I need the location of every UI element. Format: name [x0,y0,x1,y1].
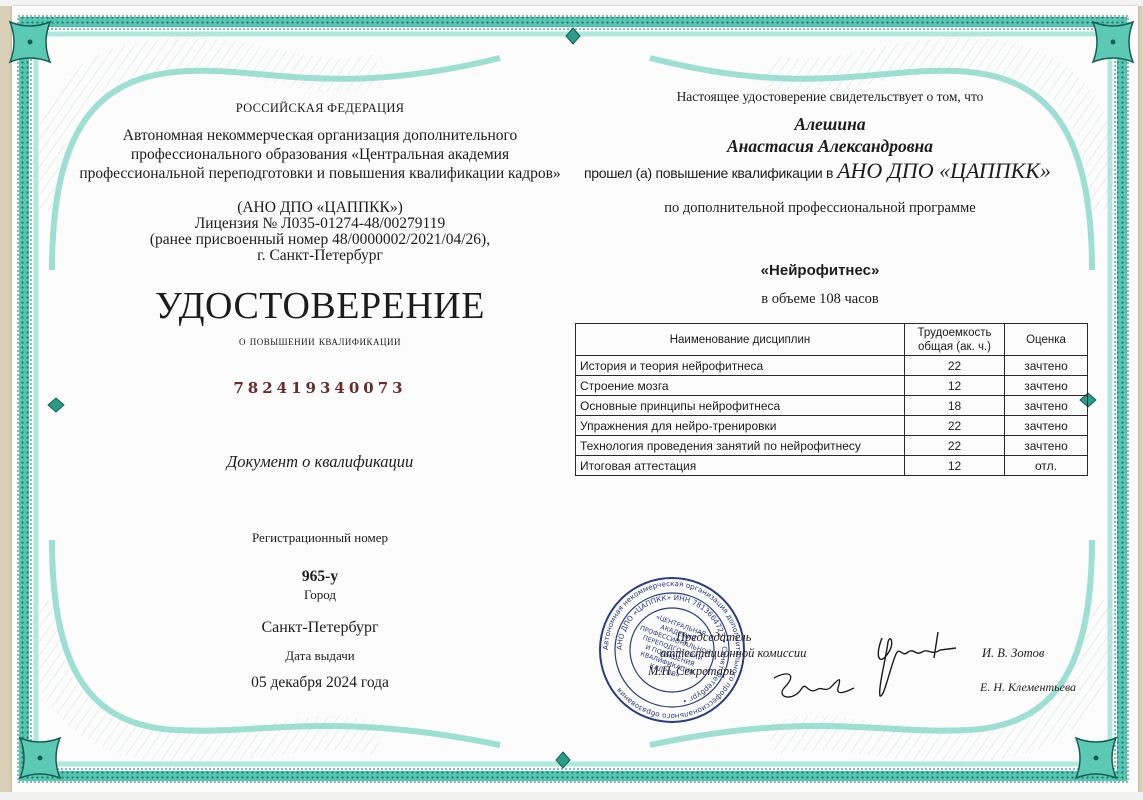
serial-number: 782419340073 [150,379,490,397]
holder-surname: Алешина [660,114,1000,135]
discipline-grade: отл. [1005,456,1088,476]
header-discipline: Наименование дисциплин [576,324,905,356]
table-row: Итоговая аттестация12отл. [576,456,1088,476]
license-number: Лицензия № Л035-01274-48/00279119 [120,216,520,232]
discipline-hours: 22 [905,436,1005,456]
table-row: Строение мозга12зачтено [576,376,1088,396]
organization-line: профессиональной переподготовки и повыше… [70,164,570,183]
program-volume: в объеме 108 часов [680,291,960,308]
discipline-hours: 12 [905,376,1005,396]
discipline-grade: зачтено [1005,376,1088,396]
document-title: УДОСТОВЕРЕНИЕ [130,284,510,328]
city-value: Санкт-Петербург [170,619,470,637]
discipline-hours: 12 [905,456,1005,476]
country-heading: РОССИЙСКАЯ ФЕДЕРАЦИЯ [130,101,510,116]
completion-organization: АНО ДПО «ЦАППКК» [837,158,1051,183]
completion-statement: прошел (а) повышение квалификации в АНО … [584,158,1064,184]
discipline-hours: 18 [905,396,1005,416]
table-row: История и теория нейрофитнеса22зачтено [576,356,1088,376]
document-subtitle: о повышении квалификации [130,333,510,349]
organization-line: Автономная некоммерческая организация до… [70,126,570,145]
chair-signature [868,628,958,700]
chair-label: Председатель [676,630,751,645]
registration-label: Регистрационный номер [170,530,470,546]
table-header-row: Наименование дисциплин Трудоемкость обща… [576,324,1088,356]
completion-text: прошел (а) повышение квалификации в [584,165,833,181]
holder-given-names: Анастасия Александровна [640,136,1020,157]
chair-commission-label: аттестационной комиссии [660,646,806,661]
table-row: Технология проведения занятий по нейрофи… [576,436,1088,456]
document-type: Документ о квалификации [150,452,490,472]
discipline-name: Технология проведения занятий по нейрофи… [576,436,905,456]
certification-intro: Настоящее удостоверение свидетельствует … [640,89,1020,105]
discipline-name: Итоговая аттестация [576,456,905,476]
program-name: «Нейрофитнес» [680,262,960,279]
city-label: Город [170,587,470,603]
discipline-grade: зачтено [1005,356,1088,376]
disciplines-table: Наименование дисциплин Трудоемкость обща… [575,323,1088,476]
discipline-name: Упражнения для нейро-тренировки [576,416,905,436]
discipline-grade: зачтено [1005,396,1088,416]
table-row: Основные принципы нейрофитнеса18зачтено [576,396,1088,416]
organization-name: Автономная некоммерческая организация до… [70,126,570,183]
discipline-name: История и теория нейрофитнеса [576,356,905,376]
organization-city: г. Санкт-Петербург [120,248,520,264]
secretary-signature [768,666,858,706]
license-previous-number: (ранее присвоенный номер 48/0000002/2021… [120,232,520,248]
discipline-hours: 22 [905,356,1005,376]
organization-abbreviation: (АНО ДПО «ЦАППКК») [120,200,520,216]
organization-line: профессионального образования «Центральн… [70,145,570,164]
issue-date-label: Дата выдачи [170,648,470,664]
discipline-name: Строение мозга [576,376,905,396]
secretary-name: Е. Н. Клементьева [980,680,1076,695]
secretary-label: Секретарь [676,664,735,679]
table-row: Упражнения для нейро-тренировки22зачтено [576,416,1088,436]
header-hours: Трудоемкость общая (ак. ч.) [905,324,1005,356]
discipline-grade: зачтено [1005,436,1088,456]
discipline-grade: зачтено [1005,416,1088,436]
discipline-hours: 22 [905,416,1005,436]
discipline-name: Основные принципы нейрофитнеса [576,396,905,416]
seal-label: М.П. [648,664,674,679]
organization-details: (АНО ДПО «ЦАППКК») Лицензия № Л035-01274… [120,200,520,264]
chair-name: И. В. Зотов [982,646,1044,661]
issue-date-value: 05 декабря 2024 года [170,674,470,692]
registration-number: 965-у [170,568,470,586]
scan-edge-bottom [0,792,1143,800]
header-grade: Оценка [1005,324,1088,356]
program-intro: по дополнительной профессиональной прогр… [620,200,1020,217]
